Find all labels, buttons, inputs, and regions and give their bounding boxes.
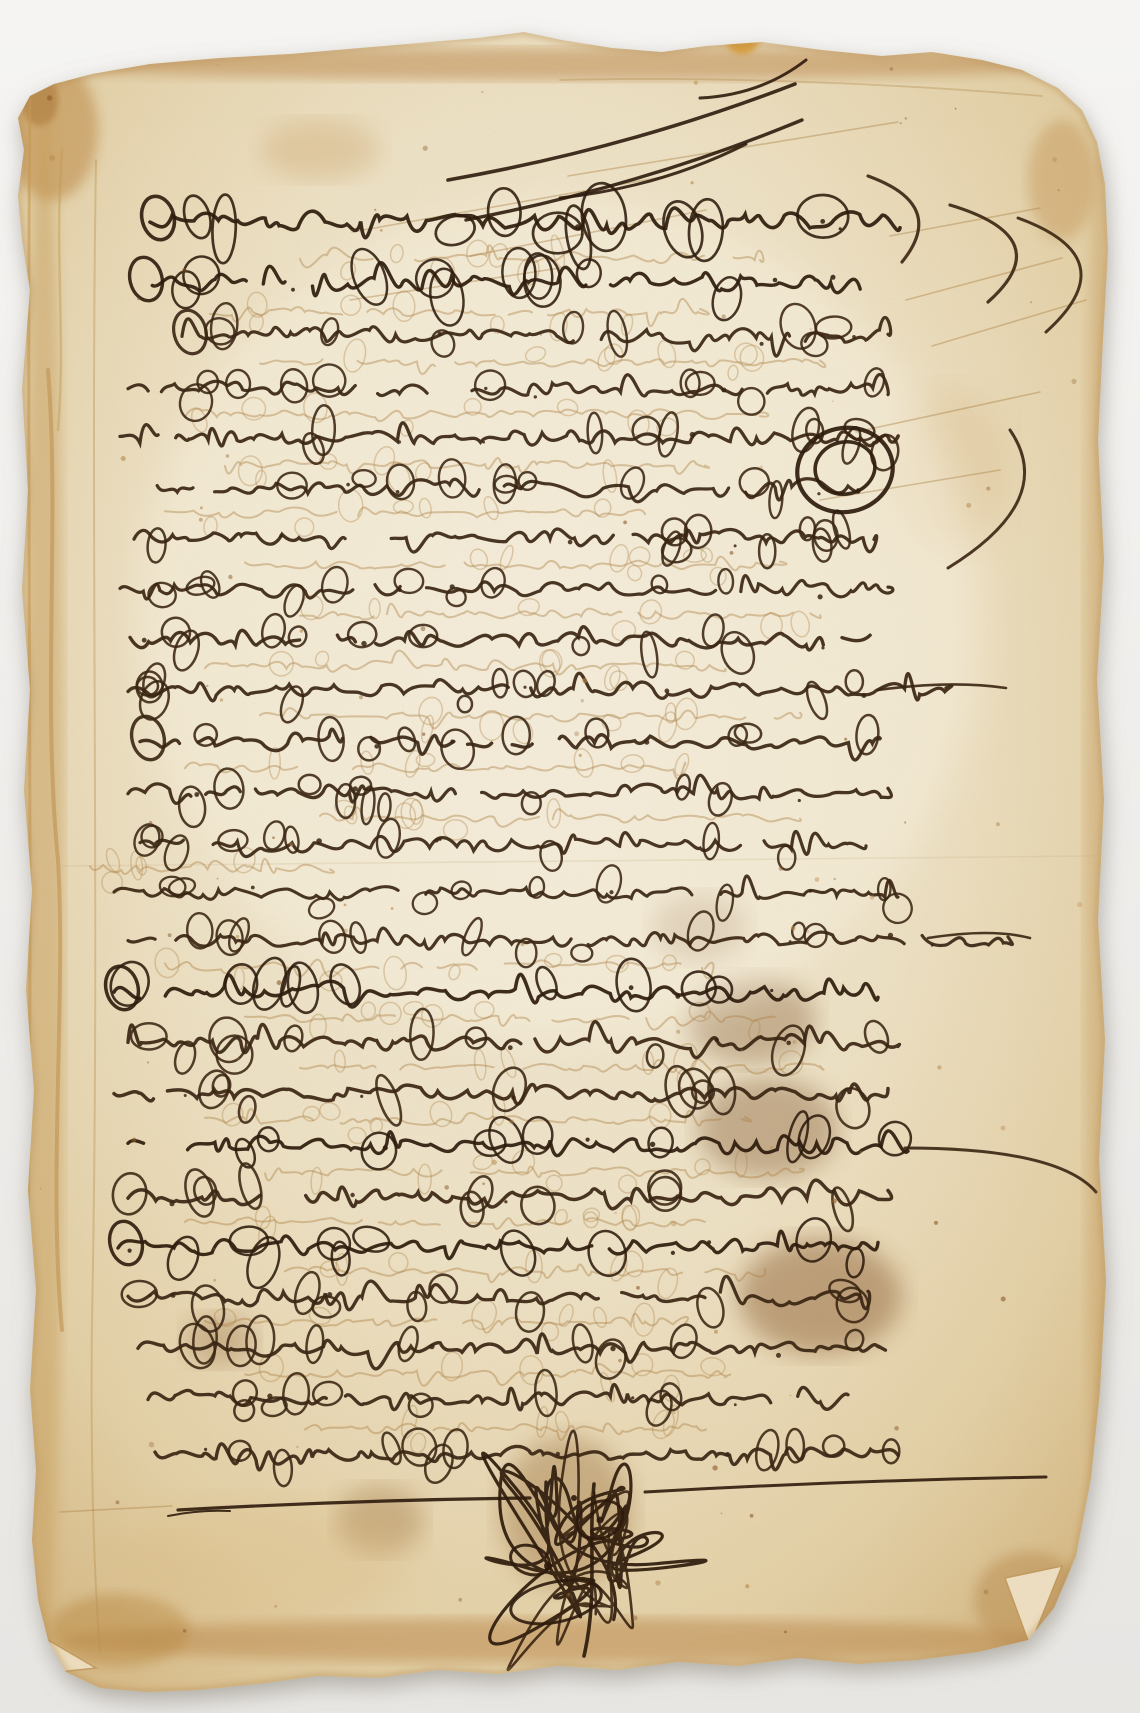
foxing-speck bbox=[206, 685, 208, 687]
ink-dot bbox=[251, 886, 255, 890]
foxing-speck bbox=[865, 1196, 867, 1198]
ink-dot bbox=[631, 1396, 634, 1399]
foxing-speck bbox=[750, 1514, 754, 1518]
ink-dot bbox=[438, 332, 442, 336]
ink-dot bbox=[734, 1403, 737, 1406]
ink-dot bbox=[508, 1045, 513, 1050]
foxing-speck bbox=[217, 878, 219, 880]
ink-dot bbox=[482, 441, 485, 444]
ink-dot bbox=[398, 440, 401, 443]
foxing-speck bbox=[566, 1593, 570, 1597]
foxing-speck bbox=[137, 298, 140, 301]
foxing-speck bbox=[116, 1501, 120, 1505]
foxing-speck bbox=[344, 929, 348, 933]
foxing-speck bbox=[996, 822, 1000, 826]
paper-stain bbox=[1028, 120, 1096, 240]
foxing-speck bbox=[784, 1631, 787, 1634]
foxing-speck bbox=[741, 1049, 743, 1051]
ink-dot bbox=[789, 940, 792, 943]
foxing-speck bbox=[574, 731, 579, 736]
ink-dot bbox=[931, 944, 934, 947]
ink-dot bbox=[142, 638, 147, 643]
foxing-speck bbox=[482, 1182, 485, 1185]
foxing-speck bbox=[966, 503, 971, 508]
foxing-speck bbox=[217, 64, 219, 66]
foxing-speck bbox=[673, 1411, 676, 1414]
foxing-speck bbox=[374, 209, 376, 211]
rubric-ink-blot bbox=[544, 1562, 552, 1570]
foxing-speck bbox=[359, 695, 363, 699]
ink-dot bbox=[707, 1240, 711, 1244]
ink-dot bbox=[675, 994, 680, 999]
foxing-speck bbox=[1052, 157, 1057, 162]
rubric-ink-blot bbox=[597, 1517, 604, 1524]
foxing-speck bbox=[1077, 902, 1082, 907]
ink-dot bbox=[610, 1346, 615, 1351]
foxing-speck bbox=[274, 1605, 277, 1608]
ink-dot bbox=[396, 490, 400, 494]
ink-dot bbox=[484, 387, 487, 390]
ink-dot bbox=[609, 890, 613, 894]
ink-dot bbox=[194, 792, 199, 797]
ink-dot bbox=[504, 1200, 507, 1203]
ink-dot bbox=[534, 395, 537, 398]
ink-dot bbox=[809, 890, 812, 893]
foxing-speck bbox=[904, 821, 906, 823]
foxing-speck bbox=[369, 469, 371, 471]
foxing-speck bbox=[633, 1615, 638, 1620]
foxing-speck bbox=[636, 1286, 640, 1290]
foxing-speck bbox=[590, 1493, 593, 1496]
ink-dot bbox=[734, 544, 737, 547]
ink-dot bbox=[821, 646, 824, 649]
foxing-speck bbox=[458, 1598, 462, 1602]
foxing-speck bbox=[691, 181, 694, 184]
foxing-speck bbox=[770, 1146, 773, 1149]
ink-dot bbox=[360, 1095, 363, 1098]
foxing-speck bbox=[147, 1062, 149, 1064]
foxing-speck bbox=[272, 836, 275, 839]
ink-dot bbox=[523, 686, 526, 689]
foxing-speck bbox=[228, 575, 232, 579]
foxing-speck bbox=[671, 1221, 676, 1226]
ink-dot bbox=[831, 275, 836, 280]
ink-dot bbox=[760, 342, 764, 346]
ink-dot bbox=[171, 1293, 176, 1298]
ink-dot bbox=[511, 1096, 516, 1101]
ink-dot bbox=[629, 985, 634, 990]
paper-stain bbox=[698, 1078, 838, 1178]
ink-dot bbox=[170, 1201, 175, 1206]
foxing-speck bbox=[1071, 379, 1076, 384]
foxing-speck bbox=[236, 935, 240, 939]
foxing-speck bbox=[199, 518, 203, 522]
foxing-speck bbox=[832, 1198, 837, 1203]
ink-dot bbox=[184, 1094, 187, 1097]
paper-stain bbox=[110, 1500, 410, 1620]
foxing-speck bbox=[655, 1580, 660, 1585]
foxing-speck bbox=[844, 738, 847, 741]
ink-dot bbox=[714, 1038, 719, 1043]
foxing-speck bbox=[421, 626, 426, 631]
foxing-speck bbox=[934, 1221, 938, 1225]
ink-dot bbox=[398, 588, 402, 592]
ink-dot bbox=[450, 584, 455, 589]
foxing-speck bbox=[582, 678, 587, 683]
ink-dot bbox=[353, 786, 358, 791]
paper-surface bbox=[0, 0, 1140, 1713]
foxing-speck bbox=[47, 95, 52, 100]
foxing-speck bbox=[277, 980, 282, 985]
foxing-speck bbox=[1030, 301, 1032, 303]
foxing-speck bbox=[832, 400, 834, 402]
foxing-speck bbox=[890, 67, 894, 71]
foxing-speck bbox=[540, 334, 542, 336]
foxing-speck bbox=[722, 314, 726, 318]
ink-dot bbox=[644, 740, 649, 745]
foxing-speck bbox=[521, 942, 525, 946]
foxing-speck bbox=[581, 699, 584, 702]
foxing-speck bbox=[618, 1359, 621, 1362]
foxing-speck bbox=[745, 1584, 749, 1588]
ink-dot bbox=[820, 219, 825, 224]
foxing-speck bbox=[422, 733, 425, 736]
ink-dot bbox=[586, 1138, 590, 1142]
ink-dot bbox=[671, 1251, 675, 1255]
ink-dot bbox=[568, 540, 573, 545]
ink-dot bbox=[852, 335, 856, 339]
ink-dot bbox=[327, 1292, 332, 1297]
photo-stage bbox=[0, 0, 1140, 1713]
foxing-speck bbox=[182, 268, 187, 273]
foxing-speck bbox=[894, 1426, 899, 1431]
ink-dot bbox=[776, 1353, 781, 1358]
foxing-speck bbox=[834, 878, 836, 880]
ink-dot bbox=[818, 594, 823, 599]
foxing-speck bbox=[791, 926, 796, 931]
foxing-speck bbox=[793, 1040, 797, 1044]
foxing-speck bbox=[984, 1590, 989, 1595]
foxing-speck bbox=[759, 466, 763, 470]
foxing-speck bbox=[300, 629, 304, 633]
ink-dot bbox=[722, 388, 727, 393]
foxing-speck bbox=[183, 1629, 187, 1633]
foxing-speck bbox=[937, 1065, 941, 1069]
ink-dot bbox=[665, 689, 670, 694]
ink-dot bbox=[267, 1394, 272, 1399]
ink-dot bbox=[798, 799, 801, 802]
ink-dot bbox=[725, 1452, 730, 1457]
ink-dot bbox=[435, 838, 439, 842]
foxing-speck bbox=[807, 930, 810, 933]
foxing-speck bbox=[815, 877, 820, 882]
ink-dot bbox=[429, 1344, 434, 1349]
foxing-speck bbox=[237, 1057, 240, 1060]
foxing-speck bbox=[40, 1188, 42, 1190]
foxing-speck bbox=[712, 1465, 717, 1470]
ink-dot bbox=[773, 278, 778, 283]
foxing-speck bbox=[380, 229, 383, 232]
foxing-speck bbox=[730, 551, 734, 555]
ink-dot bbox=[128, 1249, 132, 1253]
foxing-speck bbox=[344, 904, 347, 907]
foxing-speck bbox=[423, 146, 428, 151]
ink-dot bbox=[786, 1041, 791, 1046]
ink-dot bbox=[346, 483, 350, 487]
foxing-speck bbox=[779, 867, 783, 871]
foxing-speck bbox=[492, 1160, 497, 1165]
foxing-speck bbox=[226, 454, 229, 457]
paper-stain bbox=[184, 1314, 256, 1366]
foxing-speck bbox=[955, 108, 957, 110]
foxing-speck bbox=[810, 328, 813, 331]
ink-dot bbox=[888, 933, 893, 938]
foxing-speck bbox=[296, 1446, 298, 1448]
ink-dot bbox=[279, 534, 283, 538]
scene-svg bbox=[0, 0, 1140, 1713]
foxing-speck bbox=[905, 117, 907, 119]
foxing-speck bbox=[714, 1330, 718, 1334]
foxing-speck bbox=[149, 1442, 155, 1448]
rubric-ink-blot bbox=[571, 1495, 577, 1501]
foxing-speck bbox=[213, 1279, 216, 1282]
ink-dot bbox=[204, 1448, 207, 1451]
ink-dot bbox=[861, 693, 866, 698]
ink-dot bbox=[450, 740, 454, 744]
foxing-speck bbox=[623, 521, 627, 525]
foxing-speck bbox=[1001, 1297, 1006, 1302]
foxing-speck bbox=[481, 91, 483, 93]
foxing-speck bbox=[614, 1212, 617, 1215]
ink-dot bbox=[817, 492, 820, 495]
ink-dot bbox=[316, 838, 322, 844]
foxing-speck bbox=[721, 1512, 723, 1514]
ink-dot bbox=[148, 1294, 151, 1297]
foxing-speck bbox=[220, 698, 224, 702]
foxing-speck bbox=[579, 754, 582, 757]
foxing-speck bbox=[121, 456, 126, 461]
paper-stain bbox=[260, 120, 380, 180]
foxing-speck bbox=[860, 1151, 863, 1154]
ink-dot bbox=[374, 744, 379, 749]
foxing-speck bbox=[1058, 189, 1060, 191]
ink-dot bbox=[361, 641, 366, 646]
foxing-speck bbox=[900, 122, 902, 124]
foxing-speck bbox=[676, 1030, 680, 1034]
ink-dot bbox=[690, 432, 695, 437]
foxing-speck bbox=[391, 907, 394, 910]
foxing-speck bbox=[1001, 1126, 1006, 1131]
foxing-speck bbox=[213, 1248, 215, 1250]
foxing-speck bbox=[132, 1138, 137, 1143]
foxing-speck bbox=[49, 155, 55, 161]
foxing-speck bbox=[509, 1119, 514, 1124]
foxing-speck bbox=[986, 487, 990, 491]
foxing-speck bbox=[289, 843, 293, 847]
ink-dot bbox=[839, 227, 842, 230]
foxing-speck bbox=[870, 895, 875, 900]
foxing-speck bbox=[444, 1185, 449, 1190]
foxing-speck bbox=[200, 506, 203, 509]
ink-dot bbox=[770, 989, 773, 992]
ink-dot bbox=[556, 1452, 560, 1456]
foxing-speck bbox=[790, 1395, 792, 1397]
ink-dot bbox=[650, 1142, 655, 1147]
foxing-speck bbox=[149, 821, 152, 824]
ink-dot bbox=[575, 224, 581, 230]
ink-dot bbox=[350, 1193, 354, 1197]
ink-dot bbox=[291, 288, 295, 292]
ink-dot bbox=[383, 1145, 388, 1150]
foxing-speck bbox=[168, 933, 172, 937]
foxing-speck bbox=[694, 81, 698, 85]
